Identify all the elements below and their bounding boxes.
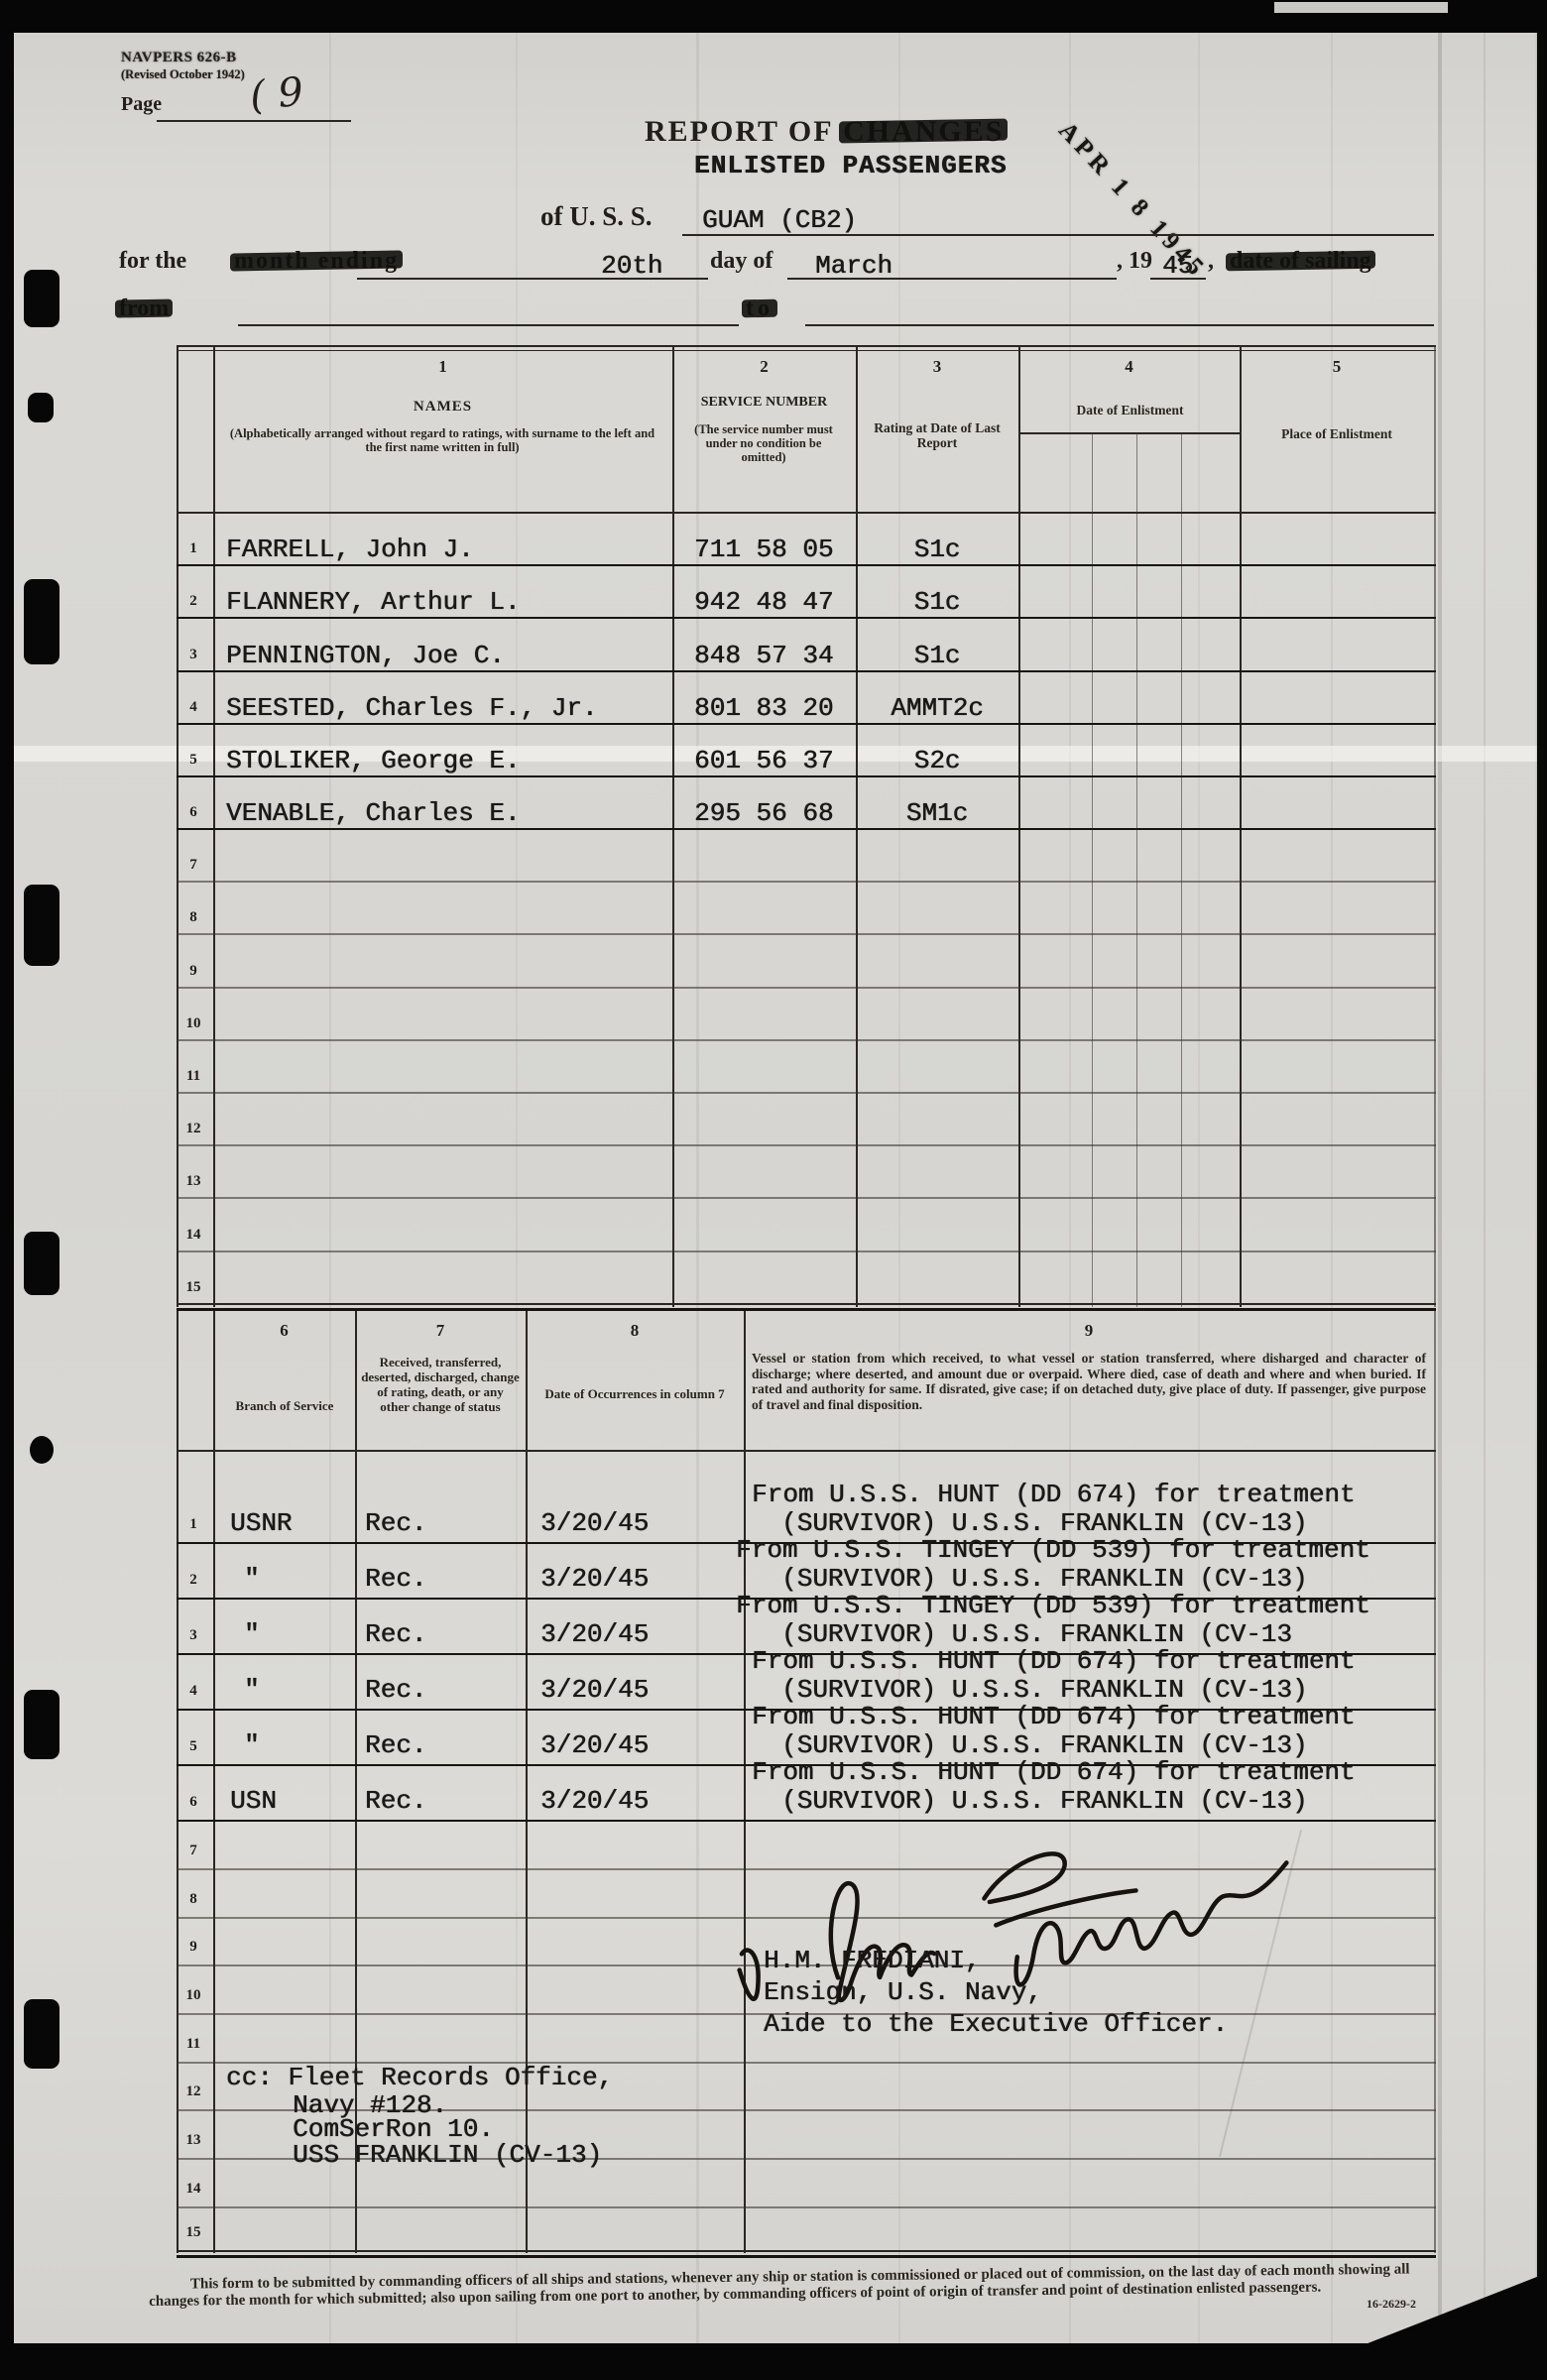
- col6-number: 6: [213, 1321, 355, 1341]
- branch: ": [244, 1675, 260, 1705]
- cc-line: cc: Fleet Records Office,: [226, 2063, 613, 2092]
- ship-underline: [682, 234, 1434, 236]
- for-the-label: for the: [119, 248, 186, 275]
- passenger-name: FARRELL, John J.: [226, 535, 474, 564]
- names-column-note: (Alphabetically arranged without regard …: [224, 426, 660, 454]
- branch: ": [244, 1730, 260, 1760]
- remarks-line2: (SURVIVOR) U.S.S. FRANKLIN (CV-13): [781, 1675, 1308, 1705]
- service-number: 295 56 68: [694, 798, 833, 828]
- title-struck-word: CHANGES: [843, 115, 1004, 149]
- change-column-title: Received, transferred, deserted, dischar…: [361, 1355, 520, 1414]
- passenger-name: SEESTED, Charles F., Jr.: [226, 693, 597, 723]
- month-value: March: [815, 251, 892, 281]
- remarks-line2: (SURVIVOR) U.S.S. FRANKLIN (CV-13: [781, 1619, 1292, 1649]
- branch: ": [244, 1564, 260, 1594]
- day-value: 20th: [601, 251, 662, 281]
- scanned-document-page: NAVPERS 626-B (Revised October 1942) Pag…: [0, 0, 1547, 2380]
- title-text: REPORT OF: [645, 115, 834, 148]
- blank-line: [1150, 278, 1206, 280]
- service-column-title: SERVICE NUMBER: [672, 395, 856, 411]
- year-prefix: , 19: [1117, 248, 1152, 275]
- enlist-date-column-title: Date of Enlistment: [1033, 403, 1227, 418]
- of-uss-label: of U. S. S.: [540, 201, 653, 232]
- from-struck: from: [119, 296, 169, 322]
- service-number: 711 58 05: [694, 535, 833, 564]
- remarks-line1: From U.S.S. HUNT (DD 674) for treatment: [752, 1480, 1356, 1509]
- page-number-underline: [157, 120, 351, 122]
- remarks-line1: From U.S.S. TINGEY (DD 539) for treatmen…: [736, 1591, 1370, 1620]
- form-number: NAVPERS 626-B: [121, 50, 237, 66]
- action: Rec.: [365, 1619, 426, 1649]
- month-ending-struck: month ending: [234, 248, 399, 275]
- signatory-rank: Ensign, U.S. Navy,: [764, 1977, 1042, 2007]
- report-subtitle: ENLISTED PASSENGERS: [694, 151, 1007, 180]
- occurrence-date: 3/20/45: [540, 1730, 649, 1760]
- vessel-column-title: Vessel or station from which received, t…: [752, 1351, 1426, 1412]
- col5-number: 5: [1240, 357, 1434, 377]
- service-number: 601 56 37: [694, 746, 833, 775]
- day-of-label: day of: [710, 248, 773, 275]
- remarks-line1: From U.S.S. TINGEY (DD 539) for treatmen…: [736, 1535, 1370, 1565]
- col4-number: 4: [1018, 357, 1240, 377]
- service-number: 848 57 34: [694, 641, 833, 670]
- action: Rec.: [365, 1730, 426, 1760]
- cc-line: USS FRANKLIN (CV-13): [293, 2140, 602, 2170]
- col1-number: 1: [213, 357, 672, 377]
- year-value: 45: [1162, 251, 1193, 281]
- branch: ": [244, 1619, 260, 1649]
- rating: S1c: [856, 535, 1018, 564]
- print-code: 16-2629-2: [1367, 2297, 1416, 2312]
- passenger-name: PENNINGTON, Joe C.: [226, 641, 505, 670]
- to-struck: to: [746, 296, 773, 322]
- remarks-line2: (SURVIVOR) U.S.S. FRANKLIN (CV-13): [781, 1564, 1308, 1594]
- rating: S2c: [856, 746, 1018, 775]
- blank-line: [238, 324, 739, 326]
- action: Rec.: [365, 1564, 426, 1594]
- col8-number: 8: [526, 1321, 744, 1341]
- signatory-title: Aide to the Executive Officer.: [764, 2009, 1228, 2039]
- col9-number: 9: [744, 1321, 1434, 1341]
- col7-number: 7: [355, 1321, 526, 1341]
- service-number: 801 83 20: [694, 693, 833, 723]
- date-of-sailing-struck: date of sailing: [1230, 248, 1371, 275]
- col2-number: 2: [672, 357, 856, 377]
- blank-line: [805, 324, 1434, 326]
- rating: S1c: [856, 641, 1018, 670]
- rating: AMMT2c: [856, 693, 1018, 723]
- ship-name: GUAM (CB2): [702, 205, 857, 235]
- occurrence-date: 3/20/45: [540, 1564, 649, 1594]
- occurrence-date: 3/20/45: [540, 1508, 649, 1538]
- occurrence-date-column-title: Date of Occurrences in column 7: [543, 1386, 726, 1401]
- remarks-line2: (SURVIVOR) U.S.S. FRANKLIN (CV-13): [781, 1730, 1308, 1760]
- page-number-handwritten: ( 9: [248, 69, 305, 120]
- occurrence-date: 3/20/45: [540, 1675, 649, 1705]
- page-label: Page: [121, 93, 162, 116]
- branch-column-title: Branch of Service: [216, 1398, 353, 1414]
- remarks-line1: From U.S.S. HUNT (DD 674) for treatment: [752, 1702, 1356, 1731]
- names-column-title: NAMES: [213, 399, 672, 416]
- remarks-line1: From U.S.S. HUNT (DD 674) for treatment: [752, 1757, 1356, 1787]
- rating-column-title: Rating at Date of Last Report: [873, 420, 1002, 450]
- form-revision: (Revised October 1942): [121, 67, 245, 82]
- occurrence-date: 3/20/45: [540, 1786, 649, 1816]
- action: Rec.: [365, 1675, 426, 1705]
- enlist-place-column-title: Place of Enlistment: [1251, 426, 1422, 442]
- passenger-name: FLANNERY, Arthur L.: [226, 587, 520, 617]
- action: Rec.: [365, 1786, 426, 1816]
- report-title: REPORT OF CHANGES: [645, 115, 1004, 149]
- col3-number: 3: [856, 357, 1018, 377]
- branch: USNR: [230, 1508, 292, 1538]
- occurrence-date: 3/20/45: [540, 1619, 649, 1649]
- signatory-name: H.M. FREDIANI,: [764, 1946, 980, 1975]
- branch: USN: [230, 1786, 277, 1816]
- passenger-name: STOLIKER, George E.: [226, 746, 520, 775]
- action: Rec.: [365, 1508, 426, 1538]
- remarks-line1: From U.S.S. HUNT (DD 674) for treatment: [752, 1646, 1356, 1676]
- service-number: 942 48 47: [694, 587, 833, 617]
- service-column-note: (The service number must under no condit…: [684, 422, 843, 464]
- passenger-name: VENABLE, Charles E.: [226, 798, 520, 828]
- rating: S1c: [856, 587, 1018, 617]
- year-suffix: ,: [1208, 248, 1214, 275]
- rating: SM1c: [856, 798, 1018, 828]
- blank-line: [787, 278, 1117, 280]
- remarks-line2: (SURVIVOR) U.S.S. FRANKLIN (CV-13): [781, 1508, 1308, 1538]
- blank-line: [357, 278, 708, 280]
